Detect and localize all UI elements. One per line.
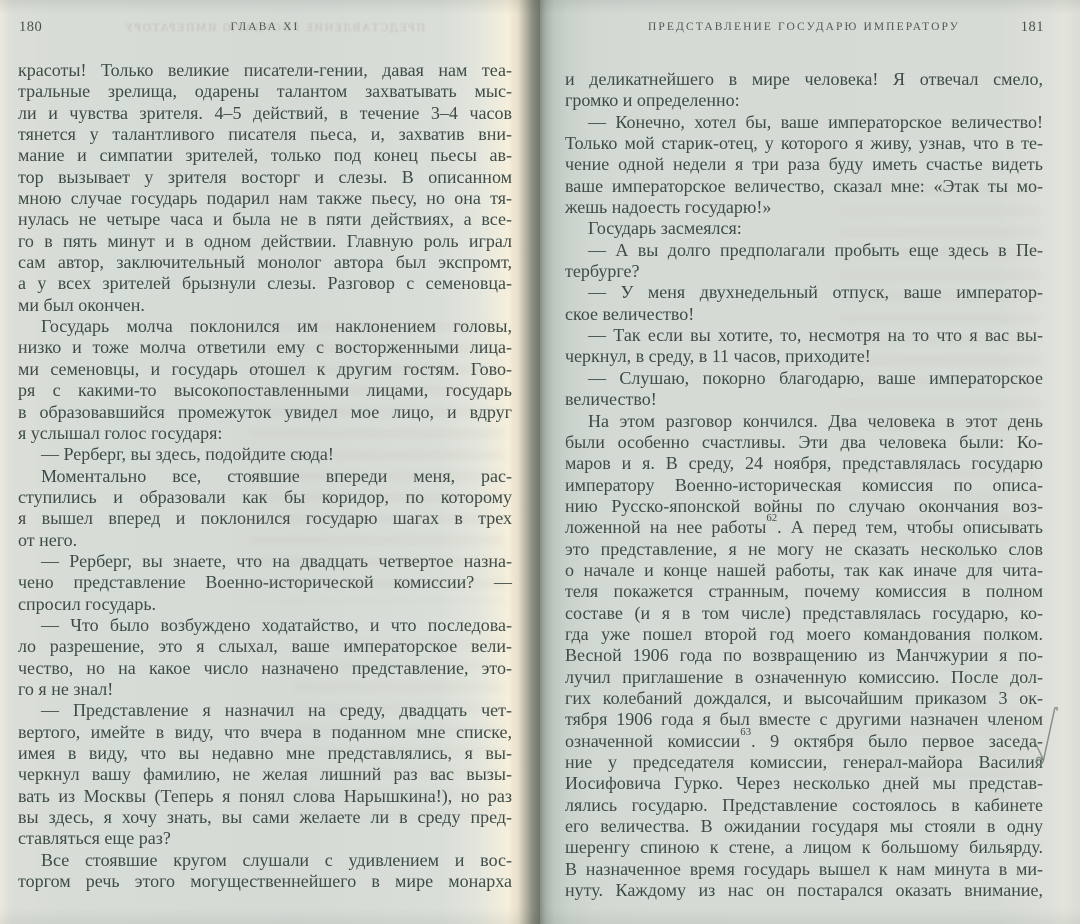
text-line: ваше императорское величество, сказал мн… <box>565 176 1043 197</box>
running-head-left: ГЛАВА XI <box>18 21 512 33</box>
text-line: торгом речь этого могущественнейшего в м… <box>18 871 512 892</box>
text-line: составе (и я в том числе) представлялась… <box>565 603 1043 624</box>
text-line: ло разрешение, это я слыхал, ваше импера… <box>18 636 512 657</box>
text-line: ское величество! <box>565 304 1043 325</box>
text-line: — А вы долго предполагали пробыть еще зд… <box>565 240 1043 261</box>
text-line: означенной комиссии63. 9 октября было пе… <box>565 731 1043 752</box>
text-line: Государь засмеялся: <box>565 218 1043 239</box>
text-line: — Рерберг, вы здесь, подойдите сюда! <box>18 444 512 465</box>
text-line: ние у председателя комиссии, генерал-май… <box>565 752 1043 773</box>
text-line: вертого, имейте в виду, что вчера в пода… <box>18 722 512 743</box>
page-text-left: красоты! Только великие писатели-гении, … <box>18 60 512 892</box>
text-line: о начале и конце нашей работы, так как и… <box>565 560 1043 581</box>
text-line: низко и тоже молча ответили ему с востор… <box>18 337 512 358</box>
text-line: го в пять минут и в одном действии. Глав… <box>18 231 512 252</box>
text-line: маров и я. В среду, 24 ноября, представл… <box>565 453 1043 474</box>
text-line: шеренгу спиною к стене, а лицом к большо… <box>565 837 1043 858</box>
text-line: нию Русско-японской войны по случаю окон… <box>565 496 1043 517</box>
text-line: ми был окончен. <box>18 295 512 316</box>
text-line: нуту. Каждому из нас он постарался оказа… <box>565 880 1043 901</box>
text-line: это представление, я не могу не сказать … <box>565 539 1043 560</box>
text-line: чение одной недели я три раза буду иметь… <box>565 154 1043 175</box>
text-line: — Так если вы хотите, то, несмотря на то… <box>565 325 1043 346</box>
text-line: мною случае государь подарил нам также п… <box>18 188 512 209</box>
text-line: чество, но на какое число назначено пред… <box>18 658 512 679</box>
text-line: и деликатнейшего в мире человека! Я отве… <box>565 69 1043 90</box>
text-line: я вышел вперед и поклонился государю шаг… <box>18 508 512 529</box>
text-line: Только мой старик-отец, у которого я жив… <box>565 133 1043 154</box>
text-line: Иосифовича Гурко. Через несколько дней м… <box>565 773 1043 794</box>
text-line: в образовавшийся промежуток увидел мое л… <box>18 402 512 423</box>
text-line: — У меня двухнедельный отпуск, ваше импе… <box>565 282 1043 303</box>
text-line: тральные зрелища, одарены талантом захва… <box>18 81 512 102</box>
text-line: ставляться еще раз? <box>18 828 512 849</box>
text-line: были особенно счастливы. Эти два человек… <box>565 432 1043 453</box>
text-line: нулась не четыре часа и была не в пяти д… <box>18 209 512 230</box>
text-line: от него. <box>18 530 512 551</box>
text-line: ли и чувства зрителя. 4–5 действий, в те… <box>18 103 512 124</box>
text-line: лялись государю. Представление состоялос… <box>565 795 1043 816</box>
text-line: На этом разговор кончился. Два человека … <box>565 411 1043 432</box>
page-number-right: 181 <box>1021 19 1044 36</box>
text-line: — Конечно, хотел бы, ваше императорское … <box>565 112 1043 133</box>
text-line: Все стоявшие кругом слушали с удивлением… <box>18 850 512 871</box>
text-line: чено представление Военно-исторической к… <box>18 572 512 593</box>
text-line: — Представление я назначил на среду, два… <box>18 700 512 721</box>
text-line: лучил приглашение в означенную комиссию.… <box>565 667 1043 688</box>
text-line: ложенной на нее работы62. А перед тем, ч… <box>565 517 1043 538</box>
text-line: вы здесь, я хочу знать, вы сами желаете … <box>18 807 512 828</box>
text-line: величество! <box>565 389 1043 410</box>
text-line: тянется у талантливого писателя пьеса, и… <box>18 124 512 145</box>
text-line: теля покажется странным, почему комиссия… <box>565 581 1043 602</box>
text-line: имея в виду, что вы недавно мне представ… <box>18 743 512 764</box>
book-page-left: 180 ПРЕДСТАВЛЕНИЕ ГОСУДАРЮ ИМПЕРАТОРУ ГЛ… <box>0 0 540 924</box>
text-line: Весной 1906 года по возвращению из Манчж… <box>565 645 1043 666</box>
text-line: красоты! Только великие писатели-гении, … <box>18 60 512 81</box>
text-line: черкнул вашу фамилию, не желая лишний ра… <box>18 764 512 785</box>
page-text-right: и деликатнейшего в мире человека! Я отве… <box>565 69 1043 901</box>
text-line: ря с какими-то высокопоставленными лицам… <box>18 380 512 401</box>
text-line: — Рерберг, вы знаете, что на двадцать че… <box>18 551 512 572</box>
text-line: его величества. В ожидании государя мы с… <box>565 816 1043 837</box>
text-line: громко и определенно: <box>565 90 1043 111</box>
text-line: вать из Москвы (Теперь я понял слова Нар… <box>18 786 512 807</box>
text-line: сам автор, заключительный монолог автора… <box>18 252 512 273</box>
book-page-right: ПРЕДСТАВЛЕНИЕ ГОСУДАРЮ ИМПЕРАТОРУ 181 и … <box>540 0 1080 924</box>
text-line: а у всех зрителей брызнули слезы. Разгов… <box>18 273 512 294</box>
text-line: гих колебаний дождался, и высочайшим при… <box>565 688 1043 709</box>
text-line: тября 1906 года я был вместе с другими н… <box>565 709 1043 730</box>
text-line: тербурге? <box>565 261 1043 282</box>
text-line: го я не знал! <box>18 679 512 700</box>
text-line: ми семеновцы, и государь отошел к другим… <box>18 359 512 380</box>
text-line: черкнул, в среду, в 11 часов, приходите! <box>565 346 1043 367</box>
text-line: Моментально все, стоявшие впереди меня, … <box>18 466 512 487</box>
text-line: — Слушаю, покорно благодарю, ваше импера… <box>565 368 1043 389</box>
text-line: императору Военно-историческая комиссия … <box>565 475 1043 496</box>
handwritten-checkmark <box>1026 706 1066 776</box>
text-line: тор вызывает у зрителя восторг и слезы. … <box>18 167 512 188</box>
text-line: В назначенное время государь вышел к нам… <box>565 859 1043 880</box>
text-line: Государь молча поклонился им наклонением… <box>18 316 512 337</box>
text-line: ступились и образовали как бы коридор, п… <box>18 487 512 508</box>
text-line: мание и симпатии зрителей, только под ко… <box>18 145 512 166</box>
text-line: спросил государь. <box>18 594 512 615</box>
text-line: жешь надоесть государю!» <box>565 197 1043 218</box>
text-line: гда уже пошел второй год моего командова… <box>565 624 1043 645</box>
text-line: — Что было возбуждено ходатайство, и что… <box>18 615 512 636</box>
running-head-right: ПРЕДСТАВЛЕНИЕ ГОСУДАРЮ ИМПЕРАТОРУ <box>565 21 1043 33</box>
text-line: я услышал голос государя: <box>18 423 512 444</box>
